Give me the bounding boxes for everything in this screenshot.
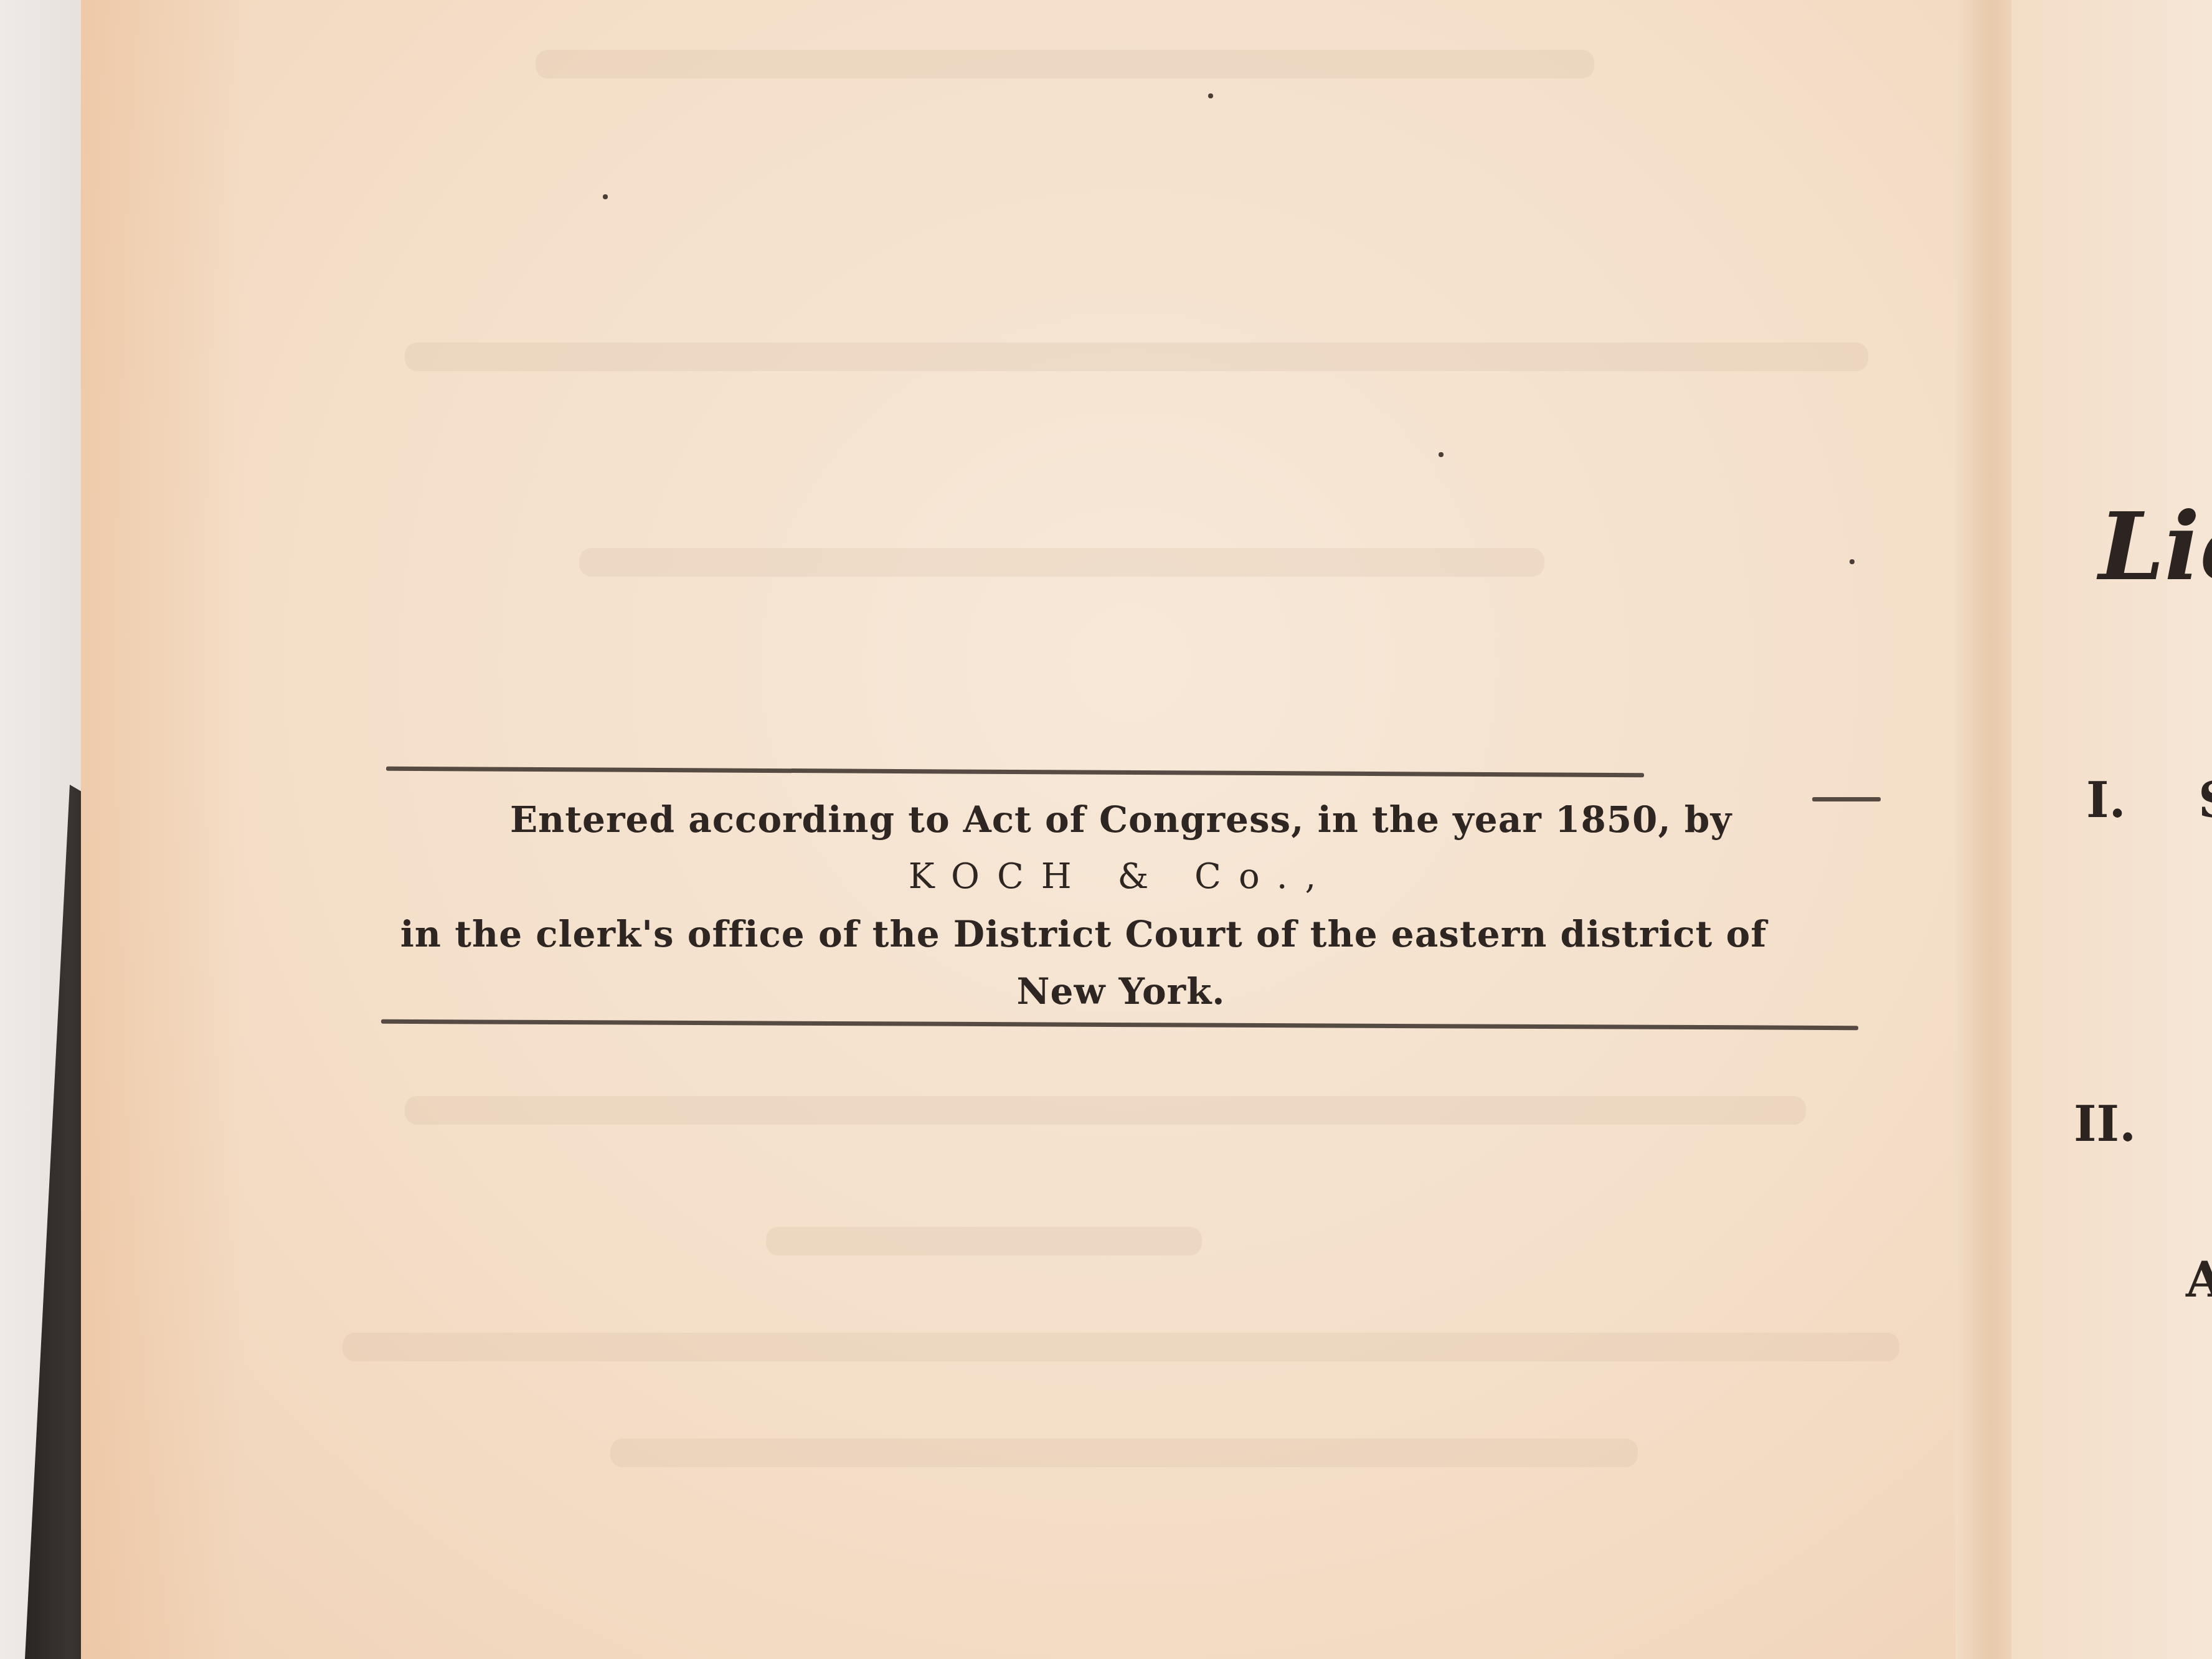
publisher-name: KOCH & Co., <box>374 848 1868 905</box>
entry-numeral-1: I. <box>2086 772 2126 829</box>
entry-numeral-2: II. <box>2074 1096 2136 1153</box>
copyright-line-1: Entered according to Act of Congress, in… <box>374 791 1868 848</box>
ink-speck <box>1208 93 1213 98</box>
show-through-line <box>766 1227 1202 1255</box>
copyright-line-4: New York. <box>374 963 1868 1020</box>
entry-text-3: A <box>2186 1252 2212 1308</box>
right-page-heading: Lie <box>2099 492 2212 602</box>
show-through-line <box>405 1096 1806 1125</box>
ink-speck <box>603 194 608 199</box>
copyright-line-3: in the clerk's office of the District Co… <box>249 905 1918 963</box>
show-through-line <box>536 50 1594 78</box>
show-through-line <box>610 1439 1638 1467</box>
ink-speck <box>1439 452 1444 457</box>
show-through-line <box>405 343 1868 371</box>
right-page: Lie I. S II. A <box>2011 0 2212 1659</box>
show-through-line <box>579 548 1544 577</box>
copyright-notice: Entered according to Act of Congress, in… <box>374 791 1868 1020</box>
entry-text-1: S <box>2198 772 2212 829</box>
show-through-line <box>343 1333 1899 1361</box>
ink-speck <box>1850 559 1855 564</box>
